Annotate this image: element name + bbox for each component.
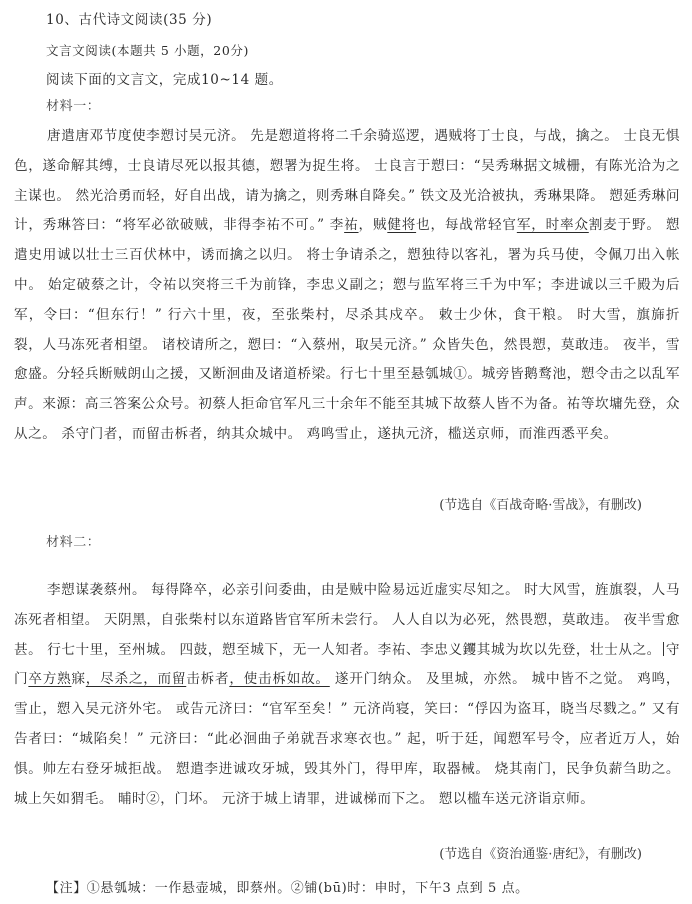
footnote: 【注】①悬瓠城：一作悬壶城，即蔡州。②铺(bū)时：申时，下午3 点到 5 点。 [46, 877, 529, 896]
material1-passage: 唐遣唐邓节度使李愬讨吴元济。 先是愬道将将二千余骑巡逻，遇贼将丁士良，与战，擒之… [14, 122, 680, 450]
underlined-text: 军，时率众 [517, 217, 589, 233]
material1-label: 材料一： [46, 95, 100, 114]
passage-text: 也，每战常轻官 [416, 217, 517, 233]
passage-text: 割麦于野。 愬遣史用诚以壮士三百伏林中，诱而擒之以归。 将士争请杀之，愬独待以客… [14, 217, 680, 442]
underlined-text: 祐 [344, 217, 358, 233]
underlined-text: 健将 [387, 217, 416, 233]
underlined-text: ，使击柝如故。 [229, 671, 329, 687]
text-cursor [663, 642, 664, 656]
question-title: 10、古代诗文阅读(35 分) [46, 8, 212, 28]
instruction: 阅读下面的文言文，完成10~14 题。 [46, 68, 283, 88]
material1-source: (节选自《百战奇略·雪战》，有删改) [439, 494, 642, 513]
material2-source: (节选自《资治通鉴·唐纪》，有删改) [439, 843, 642, 862]
underlined-text: ，尽杀之，而留 [86, 671, 186, 687]
passage-text: 遂开门纳众。 及里城，亦然。 城中皆不之觉。 鸡鸣，雪止，愬入吴元济外宅。 或告… [14, 671, 680, 806]
passage-text: 击柝者 [186, 671, 229, 687]
underlined-text: 卒方熟 [28, 671, 71, 687]
material2-passage: 李愬谋袭蔡州。 每得降卒，必亲引问委曲，由是贼中险易远近虚实尽知之。 时大风雪，… [14, 576, 680, 814]
section-title: 文言文阅读(本题共 5 小题，20分) [46, 41, 249, 59]
material2-label: 材料二： [46, 531, 100, 550]
passage-text: ，贼 [359, 217, 388, 233]
passage-text: 寐 [71, 671, 85, 687]
passage-text: 李愬谋袭蔡州。 每得降卒，必亲引问委曲，由是贼中险易远近虚实尽知之。 时大风雪，… [14, 582, 680, 658]
